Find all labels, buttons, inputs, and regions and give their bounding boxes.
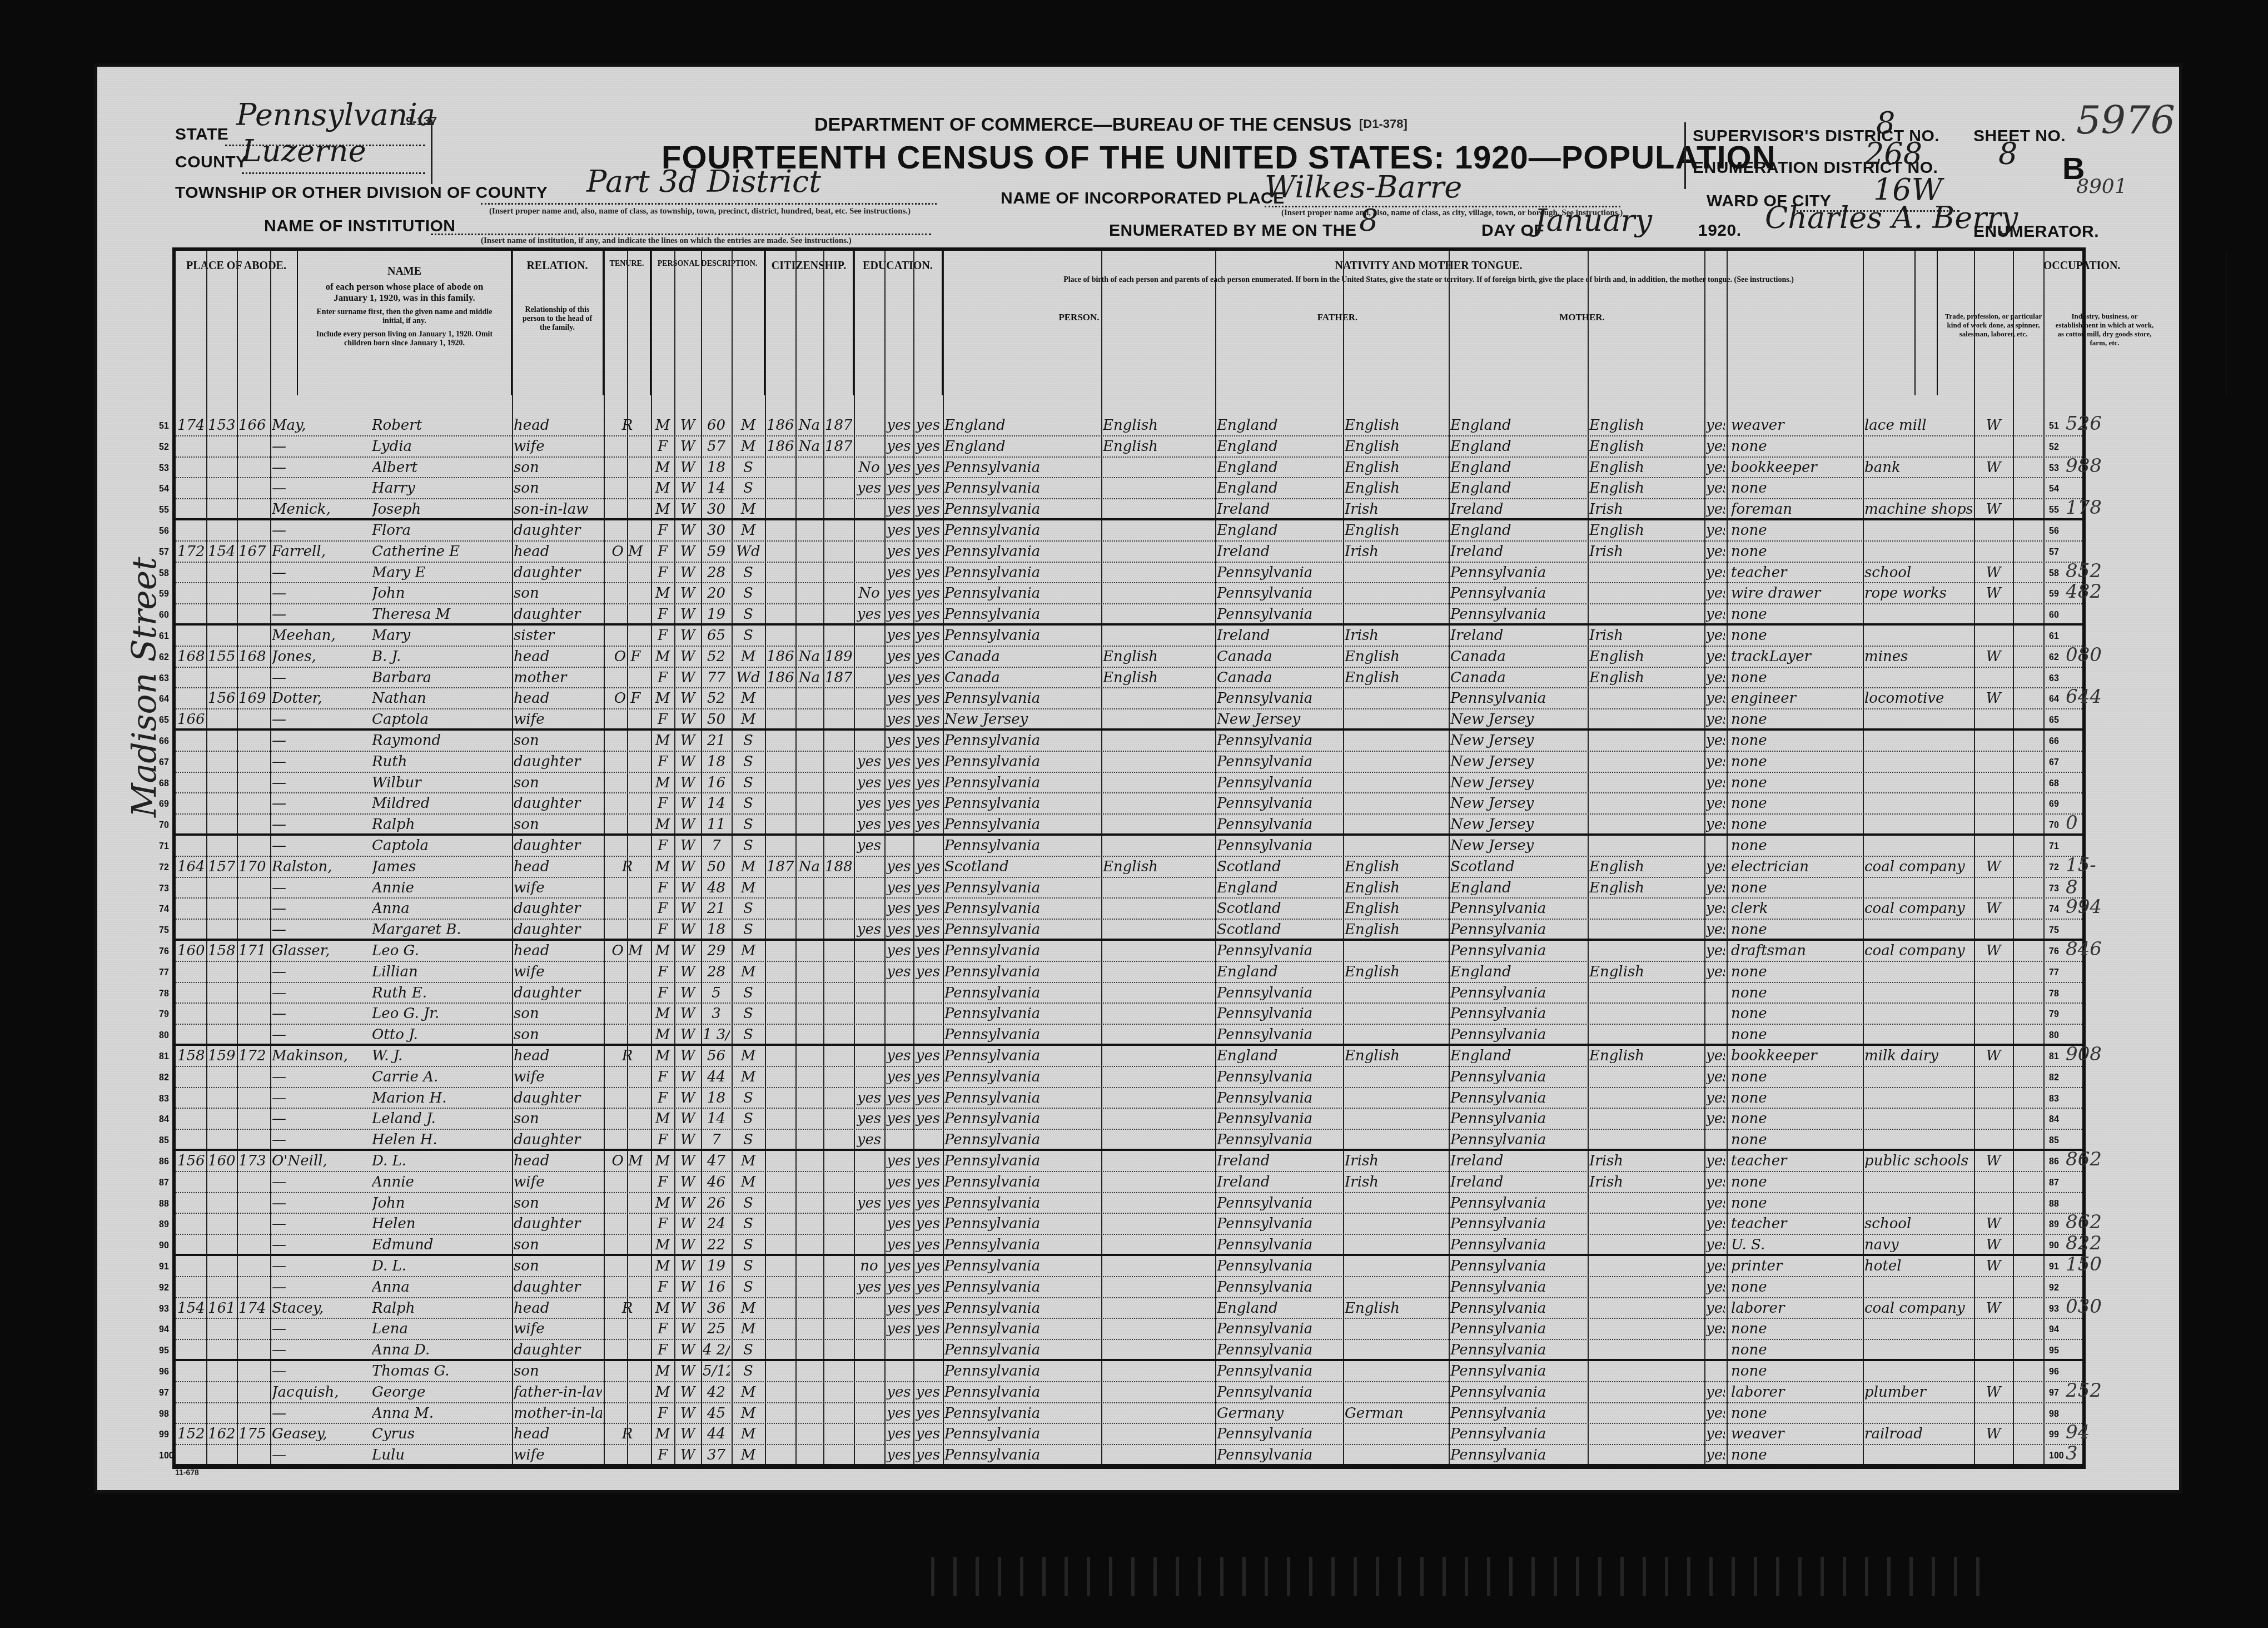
cell-age: 60: [703, 416, 730, 435]
cell-fpob: England: [1217, 878, 1341, 897]
cell-natyr: 1871: [825, 416, 852, 435]
cell-rel: wife: [514, 1319, 602, 1338]
county-value: Luzerne: [242, 133, 366, 168]
cell-natyr: [825, 1173, 852, 1192]
cell-rel: head: [514, 647, 602, 666]
cell-natyr: [825, 794, 852, 813]
cell-race: W: [676, 1214, 699, 1233]
cell-mmt: [1589, 941, 1703, 960]
cell-pob: Pennsylvania: [944, 984, 1100, 1002]
cell-school: [856, 1235, 883, 1254]
cell-tenure: [605, 1319, 649, 1338]
cell-fmt: English: [1345, 437, 1447, 456]
cell-mt: [1103, 920, 1213, 939]
cell-pob: Pennsylvania: [944, 689, 1100, 708]
cell-dwell: [208, 1404, 235, 1423]
cell-natyr: [825, 1046, 852, 1065]
cell-mpob: Pennsylvania: [1450, 1446, 1586, 1465]
cell-write: yes: [915, 416, 941, 435]
cell-mt: English: [1103, 647, 1213, 666]
cell-dwell: [208, 563, 235, 582]
cell-fmt: [1345, 731, 1447, 750]
cell-nat: Na: [797, 647, 822, 666]
table-row: —Margaret B.daughterFW18SyesyesyesPennsy…: [176, 919, 2082, 941]
line-number: 78: [2049, 989, 2059, 999]
header-relation: RELATION.Relationship of this person to …: [512, 251, 604, 395]
cell-mpob: Pennsylvania: [1450, 1257, 1586, 1275]
cell-sex: F: [653, 836, 673, 855]
cell-sex: M: [653, 479, 673, 498]
cell-eng: yes: [1706, 878, 1725, 897]
cell-mmt: [1589, 1319, 1703, 1338]
cell-write: yes: [915, 668, 941, 687]
cell-natyr: [825, 1151, 852, 1170]
cell-pob: Pennsylvania: [944, 1194, 1100, 1213]
cell-nat: [797, 1173, 822, 1192]
cell-race: W: [676, 458, 699, 477]
cell-race: W: [676, 857, 699, 876]
cell-fpob: Pennsylvania: [1217, 752, 1341, 771]
cell-school: No: [856, 458, 883, 477]
cell-imm: [767, 563, 794, 582]
cell-school: yes: [856, 836, 883, 855]
cell-write: yes: [915, 941, 941, 960]
cell-emp: [1976, 437, 2011, 456]
cell-nat: [797, 815, 822, 834]
cell-fam: [238, 437, 266, 456]
cell-surname: —: [272, 1194, 369, 1213]
cell-eng: yes: [1706, 1299, 1725, 1318]
line-number-left: 56: [159, 527, 169, 537]
cell-emp: [1976, 1404, 2011, 1423]
cell-mmt: English: [1589, 857, 1703, 876]
cell-imm: [767, 1404, 794, 1423]
cell-natyr: [825, 1214, 852, 1233]
cell-mpob: New Jersey: [1450, 731, 1586, 750]
cell-write: yes: [915, 1299, 941, 1318]
cell-trade: none: [1731, 1068, 1861, 1086]
cell-read: yes: [886, 1404, 912, 1423]
cell-mmt: Irish: [1589, 626, 1703, 645]
cell-surname: —: [272, 731, 369, 750]
cell-industry: [1864, 920, 1972, 939]
cell-mmt: [1589, 710, 1703, 729]
cell-mt: [1103, 773, 1213, 792]
cell-natyr: [825, 542, 852, 561]
cell-sex: M: [653, 1109, 673, 1128]
cell-tenure: O M: [605, 1151, 649, 1170]
cell-ms: M: [733, 1173, 763, 1192]
cell-read: yes: [886, 962, 912, 981]
cell-race: W: [676, 1151, 699, 1170]
cell-rel: sister: [514, 626, 602, 645]
cell-trade: none: [1731, 1319, 1861, 1338]
cell-pob: Pennsylvania: [944, 920, 1100, 939]
cell-fam: [238, 1214, 266, 1233]
cell-pob: Pennsylvania: [944, 1235, 1100, 1254]
cell-write: yes: [915, 479, 941, 498]
line-number-left: 100: [159, 1451, 174, 1461]
line-number: 77: [2049, 968, 2059, 978]
cell-age: 28: [703, 962, 730, 981]
cell-race: W: [676, 416, 699, 435]
line-number-left: 82: [159, 1073, 169, 1083]
cell-house: 172: [177, 542, 205, 561]
cell-dwell: [208, 710, 235, 729]
cell-mpob: Scotland: [1450, 857, 1586, 876]
cell-mmt: English: [1589, 668, 1703, 687]
cell-surname: —: [272, 1341, 369, 1359]
cell-surname: —: [272, 458, 369, 477]
cell-nat: [797, 500, 822, 519]
cell-fpob: Pennsylvania: [1217, 815, 1341, 834]
cell-emp: W: [1976, 689, 2011, 708]
cell-read: yes: [886, 773, 912, 792]
cell-write: yes: [915, 815, 941, 834]
line-number-left: 81: [159, 1052, 169, 1062]
cell-fmt: [1345, 794, 1447, 813]
cell-house: [177, 521, 205, 540]
cell-fam: [238, 563, 266, 582]
cell-surname: —: [272, 1025, 369, 1044]
cell-industry: railroad: [1864, 1424, 1972, 1443]
cell-emp: [1976, 984, 2011, 1002]
cell-imm: [767, 984, 794, 1002]
cell-age: 57: [703, 437, 730, 456]
cell-fpob: Canada: [1217, 647, 1341, 666]
table-row: 172154167Farrell,Catherine EheadO MFW59W…: [176, 541, 2082, 563]
cell-mt: [1103, 1424, 1213, 1443]
cell-emp: W: [1976, 563, 2011, 582]
cell-fpob: Pennsylvania: [1217, 1383, 1341, 1402]
cell-rel: daughter: [514, 984, 602, 1002]
cell-house: 156: [177, 1151, 205, 1170]
cell-surname: —: [272, 1068, 369, 1086]
cell-house: [177, 1257, 205, 1275]
line-number-left: 97: [159, 1388, 169, 1398]
cell-mt: English: [1103, 416, 1213, 435]
cell-surname: —: [272, 984, 369, 1002]
cell-eng: yes: [1706, 626, 1725, 645]
cell-given: Leland J.: [372, 1109, 510, 1128]
cell-read: yes: [886, 563, 912, 582]
cell-mt: English: [1103, 437, 1213, 456]
cell-mmt: [1589, 752, 1703, 771]
cell-fmt: [1345, 1424, 1447, 1443]
cell-write: yes: [915, 458, 941, 477]
cell-fpob: Scotland: [1217, 857, 1341, 876]
cell-sex: M: [653, 1235, 673, 1254]
cell-eng: yes: [1706, 1089, 1725, 1108]
cell-dwell: 153: [208, 416, 235, 435]
cell-nat: [797, 1025, 822, 1044]
line-number-left: 60: [159, 610, 169, 621]
cell-fam: [238, 899, 266, 918]
cell-age: 5/12: [703, 1362, 730, 1381]
cell-eng: yes: [1706, 773, 1725, 792]
table-row: —EdmundsonMW22SyesyesPennsylvaniaPennsyl…: [176, 1234, 2082, 1256]
cell-pob: New Jersey: [944, 710, 1100, 729]
cell-school: [856, 941, 883, 960]
cell-house: [177, 1109, 205, 1128]
cell-write: yes: [915, 1404, 941, 1423]
cell-read: yes: [886, 1446, 912, 1465]
cell-pob: Pennsylvania: [944, 752, 1100, 771]
cell-given: Anna: [372, 1278, 510, 1297]
cell-race: W: [676, 1046, 699, 1065]
table-row: —RalphsonMW11SyesyesyesPennsylvaniaPenns…: [176, 814, 2082, 836]
cell-eng: yes: [1706, 1214, 1725, 1233]
cell-fpob: Pennsylvania: [1217, 1278, 1341, 1297]
cell-dwell: [208, 1194, 235, 1213]
cell-school: [856, 1341, 883, 1359]
cell-tenure: [605, 731, 649, 750]
cell-natyr: 1871: [825, 437, 852, 456]
cell-rel: daughter: [514, 836, 602, 855]
cell-sex: M: [653, 1194, 673, 1213]
cell-fam: [238, 1341, 266, 1359]
cell-given: Flora: [372, 521, 510, 540]
cell-pob: Pennsylvania: [944, 1173, 1100, 1192]
cell-given: Mary E: [372, 563, 510, 582]
cell-write: yes: [915, 647, 941, 666]
cell-mmt: [1589, 1068, 1703, 1086]
cell-fmt: [1345, 563, 1447, 582]
line-number: 71: [2049, 842, 2059, 852]
cell-given: John: [372, 584, 510, 603]
township-note: (Insert proper name and, also, name of c…: [489, 207, 911, 216]
cell-nat: [797, 878, 822, 897]
cell-rel: wife: [514, 437, 602, 456]
cell-mmt: English: [1589, 962, 1703, 981]
cell-dwell: [208, 1257, 235, 1275]
table-row: —AnnadaughterFW21SyesyesPennsylvaniaScot…: [176, 898, 2082, 920]
cell-nat: [797, 1004, 822, 1023]
cell-given: Anna D.: [372, 1341, 510, 1359]
cell-ms: S: [733, 1004, 763, 1023]
cell-tenure: [605, 1362, 649, 1381]
cell-write: yes: [915, 794, 941, 813]
street-name-margin: Madison Street: [125, 557, 164, 817]
sheet-label: SHEET NO.: [1973, 127, 2066, 146]
cell-mmt: [1589, 1109, 1703, 1128]
margin-annotation: 988: [2066, 455, 2102, 477]
cell-read: [886, 1130, 912, 1149]
cell-fmt: English: [1345, 899, 1447, 918]
header-occupation: OCCUPATION. Trade, profession, or partic…: [1938, 251, 2227, 395]
cell-pob: Pennsylvania: [944, 941, 1100, 960]
cell-mmt: English: [1589, 479, 1703, 498]
line-number-left: 94: [159, 1325, 169, 1335]
cell-eng: yes: [1706, 962, 1725, 981]
cell-tenure: [605, 773, 649, 792]
cell-natyr: [825, 1004, 852, 1023]
cell-fam: [238, 836, 266, 855]
census-title: FOURTEENTH CENSUS OF THE UNITED STATES: …: [661, 139, 1776, 176]
header-speak-english: [1916, 251, 1938, 395]
cell-read: yes: [886, 1214, 912, 1233]
cell-given: Marion H.: [372, 1089, 510, 1108]
cell-read: yes: [886, 1194, 912, 1213]
cell-trade: U. S.: [1731, 1235, 1861, 1254]
cell-race: W: [676, 1089, 699, 1108]
header-personal: PERSONAL DESCRIPTION.: [651, 251, 765, 395]
line-number-left: 68: [159, 779, 169, 789]
cell-natyr: [825, 984, 852, 1002]
cell-mmt: [1589, 1214, 1703, 1233]
table-row: —WilbursonMW16SyesyesyesPennsylvaniaPenn…: [176, 772, 2082, 794]
cell-fpob: Pennsylvania: [1217, 563, 1341, 582]
margin-annotation: 178: [2066, 497, 2102, 519]
cell-industry: [1864, 1194, 1972, 1213]
cell-eng: yes: [1706, 584, 1725, 603]
cell-mpob: England: [1450, 416, 1586, 435]
line-number: 60: [2049, 610, 2059, 621]
cell-dwell: [208, 458, 235, 477]
table-row: —AnniewifeFW46MyesyesPennsylvaniaIreland…: [176, 1172, 2082, 1193]
cell-imm: [767, 1194, 794, 1213]
cell-mpob: England: [1450, 479, 1586, 498]
cell-ms: S: [733, 1025, 763, 1044]
cell-emp: W: [1976, 1046, 2011, 1065]
cell-fmt: [1345, 1446, 1447, 1465]
cell-given: Anna M.: [372, 1404, 510, 1423]
cell-sex: M: [653, 857, 673, 876]
cell-read: yes: [886, 437, 912, 456]
cell-surname: Geasey,: [272, 1424, 369, 1443]
cell-trade: none: [1731, 1173, 1861, 1192]
cell-age: 44: [703, 1068, 730, 1086]
cell-tenure: [605, 836, 649, 855]
cell-pob: Canada: [944, 668, 1100, 687]
cell-fam: [238, 1109, 266, 1128]
cell-imm: [767, 458, 794, 477]
cell-surname: Glasser,: [272, 941, 369, 960]
cell-trade: none: [1731, 1025, 1861, 1044]
cell-write: [915, 1341, 941, 1359]
line-number: 52: [2049, 443, 2059, 453]
enumerated-day: 8: [1359, 203, 1378, 238]
cell-imm: [767, 542, 794, 561]
cell-fmt: [1345, 815, 1447, 834]
cell-industry: [1864, 1025, 1972, 1044]
cell-tenure: [605, 899, 649, 918]
cell-dwell: [208, 794, 235, 813]
cell-ms: S: [733, 1235, 763, 1254]
cell-industry: [1864, 1130, 1972, 1149]
cell-fpob: Pennsylvania: [1217, 1004, 1341, 1023]
cell-trade: none: [1731, 794, 1861, 813]
cell-imm: 1868: [767, 647, 794, 666]
cell-read: yes: [886, 1424, 912, 1443]
cell-fam: [238, 731, 266, 750]
cell-emp: [1976, 920, 2011, 939]
cell-eng: yes: [1706, 1424, 1725, 1443]
cell-pob: England: [944, 416, 1100, 435]
cell-house: 152: [177, 1424, 205, 1443]
cell-given: Lydia: [372, 437, 510, 456]
cell-fam: [238, 668, 266, 687]
cell-read: yes: [886, 1235, 912, 1254]
cell-trade: trackLayer: [1731, 647, 1861, 666]
cell-surname: Ralston,: [272, 857, 369, 876]
cell-ms: S: [733, 1109, 763, 1128]
cell-nat: [797, 1068, 822, 1086]
cell-school: yes: [856, 1278, 883, 1297]
cell-eng: yes: [1706, 815, 1725, 834]
cell-trade: none: [1731, 752, 1861, 771]
cell-fpob: Ireland: [1217, 1151, 1341, 1170]
cell-mt: [1103, 752, 1213, 771]
table-row: —Helen H.daughterFW7SyesPennsylvaniaPenn…: [176, 1129, 2082, 1151]
cell-fmt: [1345, 752, 1447, 771]
cell-emp: W: [1976, 1214, 2011, 1233]
cell-given: Edmund: [372, 1235, 510, 1254]
cell-fam: 168: [238, 647, 266, 666]
line-number-left: 51: [159, 421, 169, 431]
cell-ms: M: [733, 521, 763, 540]
cell-nat: [797, 941, 822, 960]
cell-write: [915, 984, 941, 1002]
cell-mpob: Pennsylvania: [1450, 1362, 1586, 1381]
cell-tenure: [605, 1341, 649, 1359]
cell-given: Joseph: [372, 500, 510, 519]
cell-pob: Pennsylvania: [944, 1257, 1100, 1275]
cell-mt: [1103, 1299, 1213, 1318]
cell-nat: [797, 731, 822, 750]
cell-natyr: [825, 1068, 852, 1086]
cell-race: W: [676, 710, 699, 729]
cell-emp: [1976, 794, 2011, 813]
cell-emp: W: [1976, 1383, 2011, 1402]
cell-dwell: 154: [208, 542, 235, 561]
cell-given: Wilbur: [372, 773, 510, 792]
line-number: 81: [2049, 1052, 2059, 1062]
cell-given: Cyrus: [372, 1424, 510, 1443]
cell-fpob: Pennsylvania: [1217, 1214, 1341, 1233]
cell-dwell: [208, 1235, 235, 1254]
cell-surname: Stacey,: [272, 1299, 369, 1318]
cell-mt: [1103, 878, 1213, 897]
cell-eng: yes: [1706, 1446, 1725, 1465]
cell-read: yes: [886, 1151, 912, 1170]
cell-trade: bookkeeper: [1731, 458, 1861, 477]
cell-nat: [797, 794, 822, 813]
cell-sex: M: [653, 689, 673, 708]
cell-industry: [1864, 1068, 1972, 1086]
cell-eng: yes: [1706, 479, 1725, 498]
cell-read: yes: [886, 479, 912, 498]
cell-age: 14: [703, 794, 730, 813]
cell-fpob: Pennsylvania: [1217, 1341, 1341, 1359]
cell-fpob: England: [1217, 1046, 1341, 1065]
cell-race: W: [676, 1404, 699, 1423]
cell-given: W. J.: [372, 1046, 510, 1065]
cell-dwell: [208, 815, 235, 834]
cell-trade: laborer: [1731, 1383, 1861, 1402]
cell-mpob: Ireland: [1450, 542, 1586, 561]
cell-mmt: English: [1589, 878, 1703, 897]
cell-fmt: [1345, 584, 1447, 603]
cell-trade: none: [1731, 1004, 1861, 1023]
cell-imm: [767, 1257, 794, 1275]
cell-sex: F: [653, 752, 673, 771]
cell-school: [856, 731, 883, 750]
cell-school: [856, 668, 883, 687]
institution-label: NAME OF INSTITUTION: [264, 217, 455, 236]
table-row: —Leo G. Jr.sonMW3SPennsylvaniaPennsylvan…: [176, 1003, 2082, 1025]
table-row: 168155168Jones,B. J.headO FMW52M1868Na18…: [176, 646, 2082, 668]
